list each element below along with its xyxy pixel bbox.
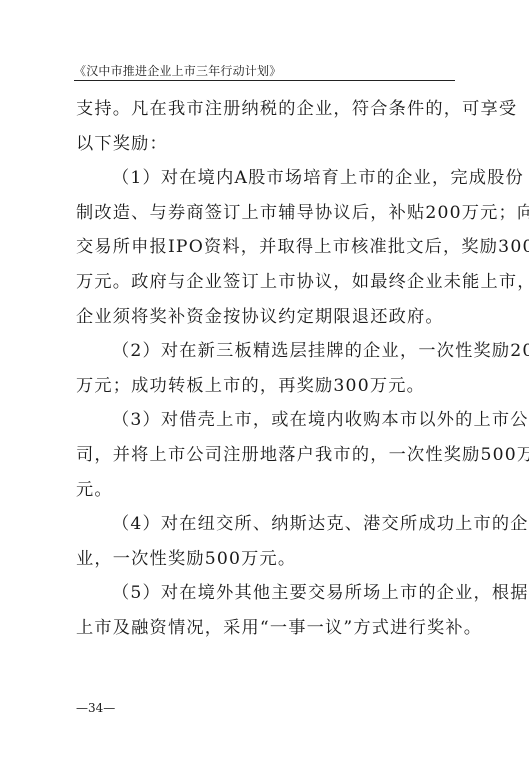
text-line: 上市及融资情况，采用“一事一议”方式进行奖补。: [76, 611, 456, 646]
text-line: 元。: [76, 473, 456, 508]
text-line: 万元；成功转板上市的，再奖励300万元。: [76, 369, 456, 404]
text-line: （4）对在纽交所、纳斯达克、港交所成功上市的企: [76, 507, 456, 542]
text-line: 以下奖励：: [76, 127, 456, 162]
text-line: 司，并将上市公司注册地落户我市的，一次性奖励500万: [76, 438, 456, 473]
document-header-title: 《汉中市推进企业上市三年行动计划》: [74, 62, 281, 79]
text-line: 业，一次性奖励500万元。: [76, 542, 456, 577]
text-line: （3）对借壳上市，或在境内收购本市以外的上市公: [76, 403, 456, 438]
text-line: 支持。凡在我市注册纳税的企业，符合条件的，可享受: [76, 92, 456, 127]
text-line: （5）对在境外其他主要交易所场上市的企业，根据: [76, 576, 456, 611]
text-line: 企业须将奖补资金按协议约定期限退还政府。: [76, 300, 456, 335]
text-line: 万元。政府与企业签订上市协议，如最终企业未能上市，: [76, 265, 456, 300]
text-line: 制改造、与券商签订上市辅导协议后，补贴200万元；向: [76, 196, 456, 231]
text-line: （1）对在境内A股市场培育上市的企业，完成股份: [76, 161, 456, 196]
text-line: （2）对在新三板精选层挂牌的企业，一次性奖励200: [76, 334, 456, 369]
page-number: —34—: [76, 701, 115, 715]
text-line: 交易所申报IPO资料，并取得上市核准批文后，奖励300: [76, 230, 456, 265]
document-body: 支持。凡在我市注册纳税的企业，符合条件的，可享受 以下奖励： （1）对在境内A股…: [76, 92, 456, 646]
header-divider: [74, 80, 455, 81]
